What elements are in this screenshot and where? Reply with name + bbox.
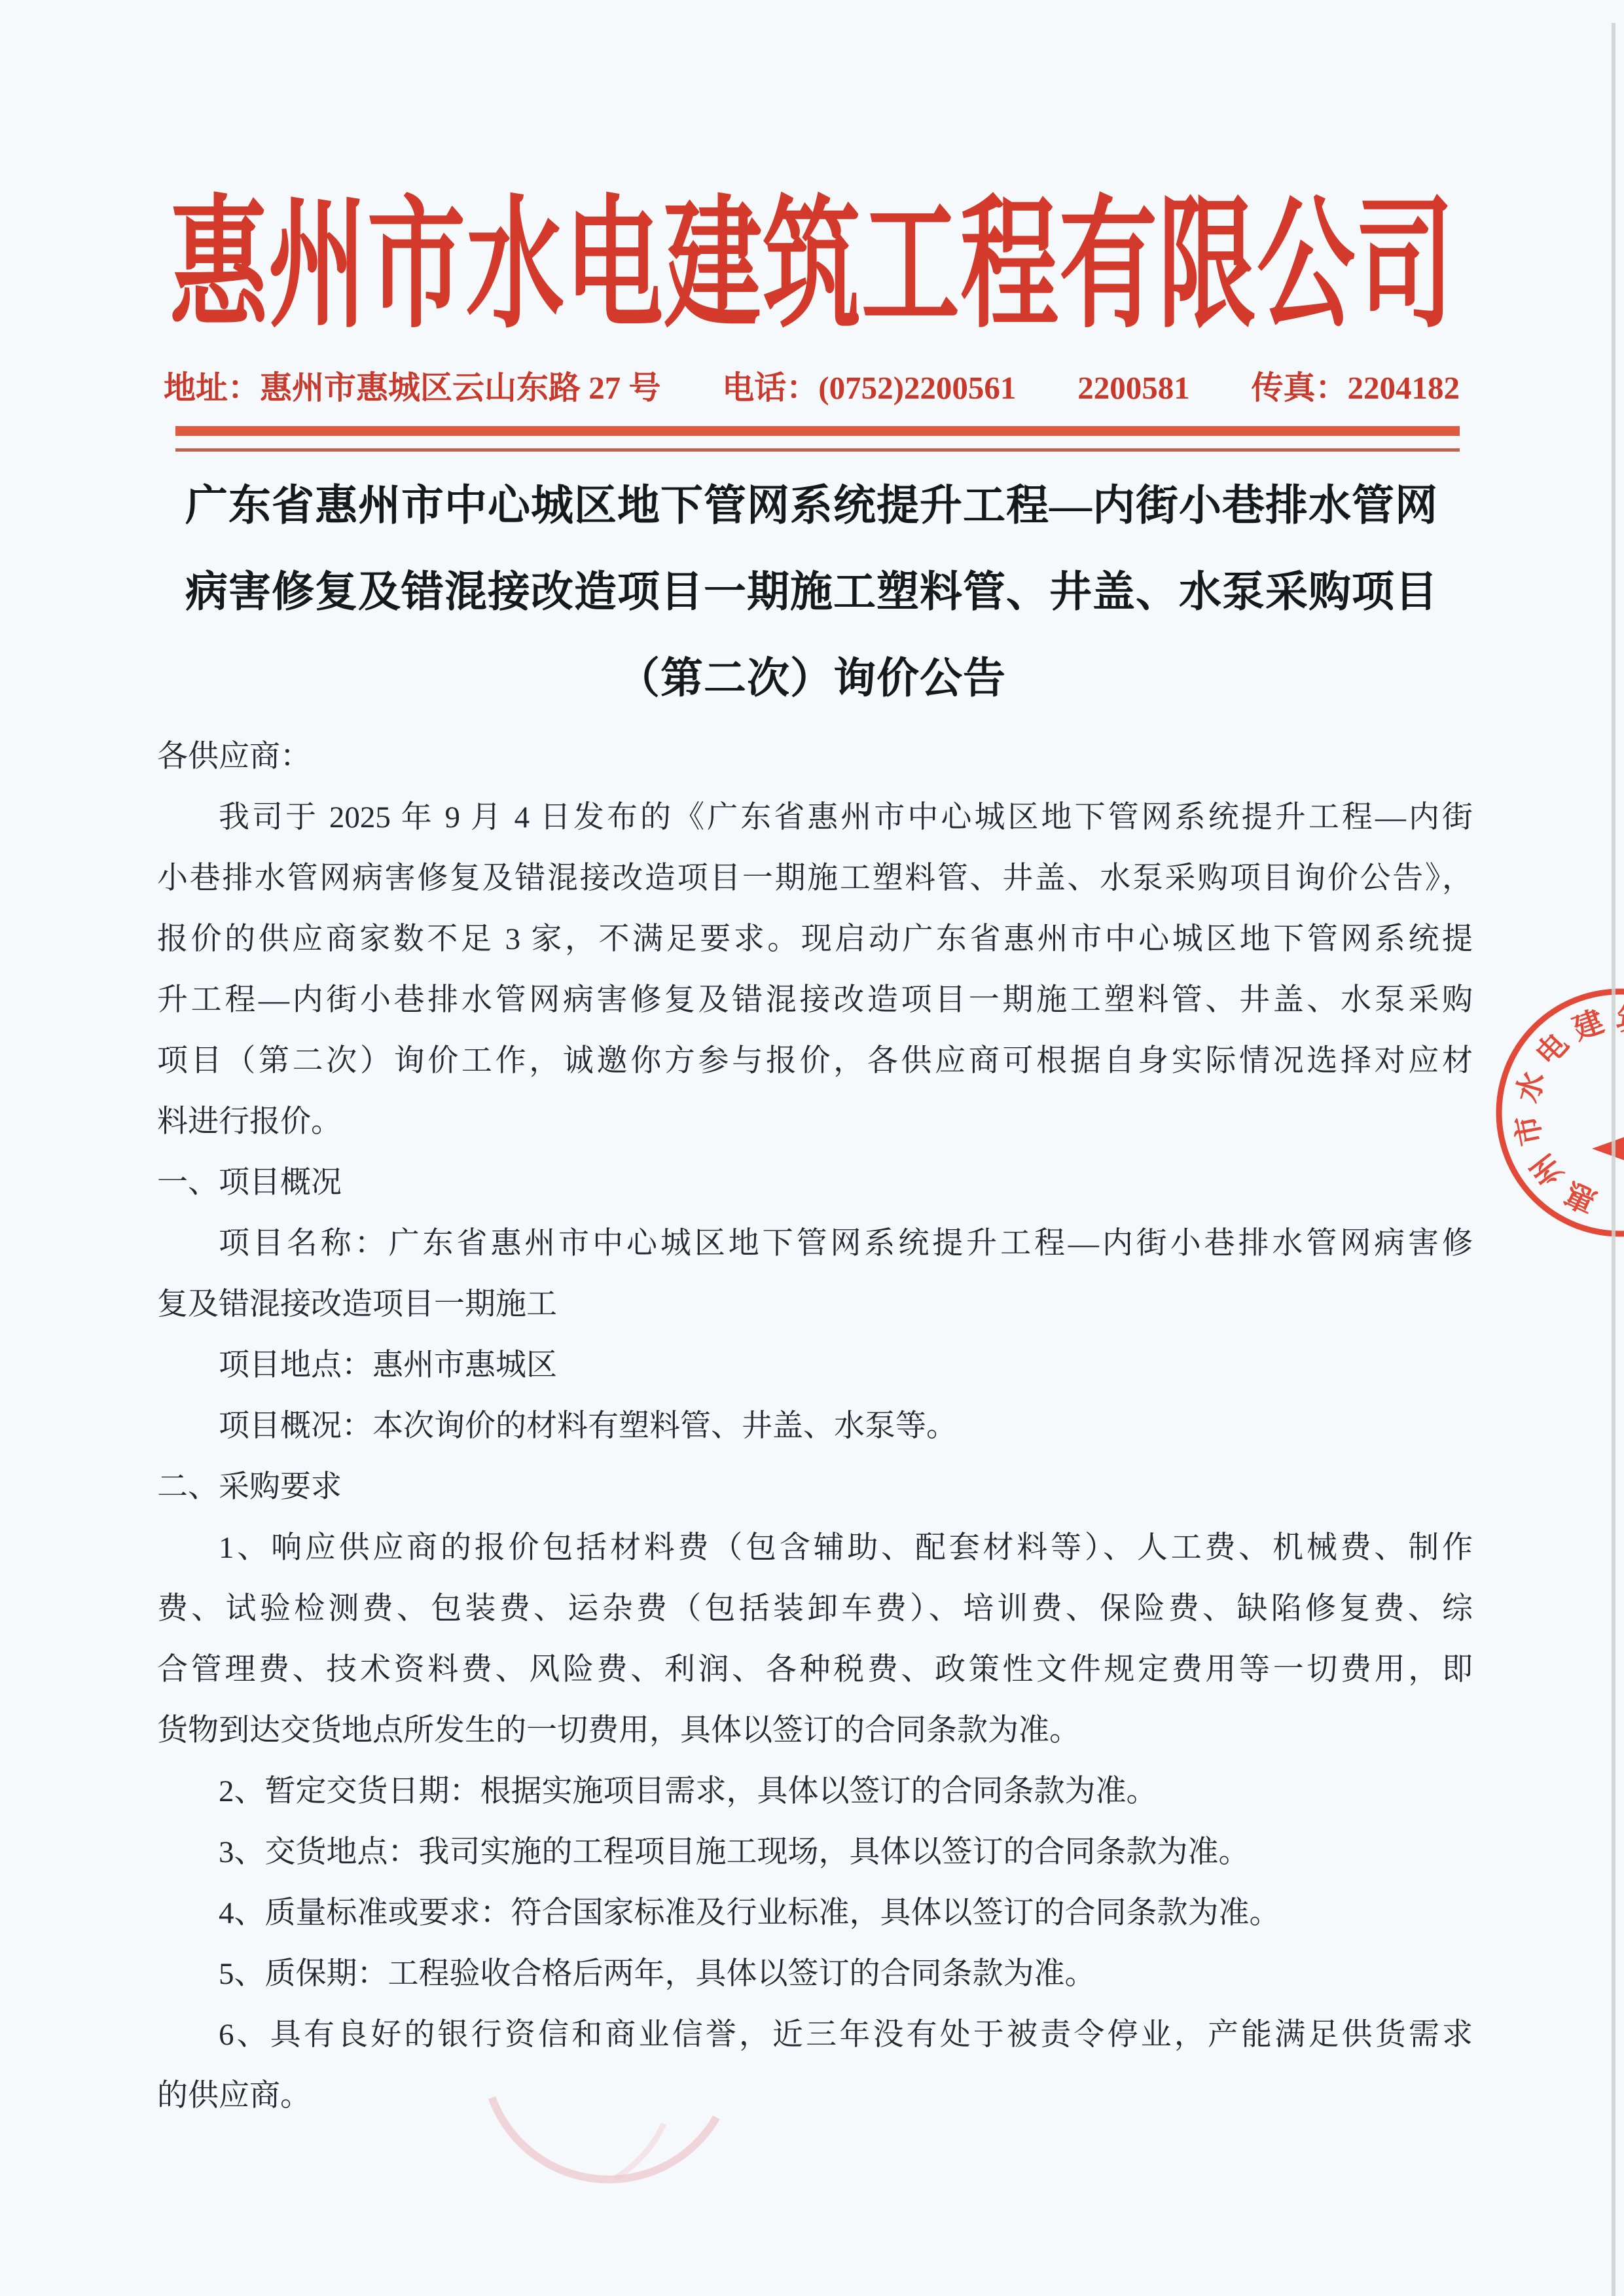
document-title-line: 病害修复及错混接改造项目一期施工塑料管、井盖、水泵采购项目 <box>98 549 1525 636</box>
seal-ring-char: 市 <box>1509 1113 1548 1149</box>
seal-ring-char: 筑 <box>1614 1002 1624 1039</box>
company-seal: 惠州市水电建筑工程有限公司 <box>1489 975 1624 1250</box>
body-line: 我司于 2025 年 9 月 4 日发布的《广东省惠州市中心城区地下管网系统提升… <box>157 787 1473 848</box>
seal-ring-char: 州 <box>1525 1148 1570 1193</box>
body-line: 项目地点：惠州市惠城区 <box>157 1335 1473 1396</box>
letterhead-divider-thin <box>175 448 1460 452</box>
body-line: 费、试验检测费、包装费、运杂费（包括装卸车费）、培训费、保险费、缺陷修复费、综 <box>157 1579 1473 1640</box>
body-line: 1、响应供应商的报价包括材料费（包含辅助、配套材料等）、人工费、机械费、制作 <box>157 1518 1473 1579</box>
body-line: 报价的供应商家数不足 3 家，不满足要求。现启动广东省惠州市中心城区地下管网系统… <box>157 909 1473 970</box>
body-line: 复及错混接改造项目一期施工 <box>157 1274 1473 1335</box>
fax-text: 传真：2204182 <box>1251 367 1460 410</box>
body-line: 3、交货地点：我司实施的工程项目施工现场，具体以签订的合同条款为准。 <box>157 1822 1473 1883</box>
address-text: 地址：惠州市惠城区云山东路 27 号 <box>164 367 661 410</box>
body-line: 5、质保期：工程验收合格后两年，具体以签订的合同条款为准。 <box>157 1944 1473 2005</box>
body-line: 项目名称：广东省惠州市中心城区地下管网系统提升工程—内街小巷排水管网病害修 <box>157 1213 1473 1274</box>
document-title: 广东省惠州市中心城区地下管网系统提升工程—内街小巷排水管网病害修复及错混接改造项… <box>98 463 1525 722</box>
scanned-document-page: 惠州市水电建筑工程有限公司 地址：惠州市惠城区云山东路 27 号 电话：(075… <box>0 0 1624 2296</box>
body-line: 一、项目概况 <box>157 1153 1473 1213</box>
phone-text: 电话：(0752)2200561 <box>722 367 1016 410</box>
seal-ring-char: 司 <box>1620 1185 1624 1223</box>
company-name: 惠州市水电建筑工程有限公司 <box>0 190 1624 342</box>
body-line: 货物到达交货地点所发生的一切费用，具体以签订的合同条款为准。 <box>157 1700 1473 1761</box>
body-line: 4、质量标准或要求：符合国家标准及行业标准，具体以签订的合同条款为准。 <box>157 1883 1473 1944</box>
seal-ring-char: 建 <box>1568 1005 1608 1047</box>
body-line: 料进行报价。 <box>157 1092 1473 1153</box>
body-line: 项目概况：本次询价的材料有塑料管、井盖、水泵等。 <box>157 1396 1473 1457</box>
seal-ring-char: 电 <box>1530 1027 1575 1071</box>
body-line: 6、具有良好的银行资信和商业信誉，近三年没有处于被责令停业，产能满足供货需求 <box>157 2005 1473 2066</box>
seal-ring-char: 惠 <box>1559 1175 1602 1219</box>
document-body: 各供应商：我司于 2025 年 9 月 4 日发布的《广东省惠州市中心城区地下管… <box>157 726 1473 2126</box>
phone2-text: 2200581 <box>1077 367 1190 410</box>
document-title-line: （第二次）询价公告 <box>98 636 1525 722</box>
body-line: 的供应商。 <box>157 2066 1473 2126</box>
body-line: 合管理费、技术资料费、风险费、利润、各种税费、政策性文件规定费用等一切费用，即 <box>157 1640 1473 1700</box>
body-line: 各供应商： <box>157 726 1473 787</box>
seal-star-icon <box>1592 1100 1624 1197</box>
scan-edge-line <box>1612 23 1615 2296</box>
body-line: 二、采购要求 <box>157 1457 1473 1518</box>
letterhead-contact-row: 地址：惠州市惠城区云山东路 27 号 电话：(0752)2200561 2200… <box>164 367 1460 410</box>
letterhead-divider-thick <box>175 426 1460 436</box>
body-line: 小巷排水管网病害修复及错混接改造项目一期施工塑料管、井盖、水泵采购项目询价公告》… <box>157 848 1473 909</box>
body-line: 2、暂定交货日期：根据实施项目需求，具体以签订的合同条款为准。 <box>157 1761 1473 1822</box>
body-line: 升工程—内街小巷排水管网病害修复及错混接改造项目一期施工塑料管、井盖、水泵采购 <box>157 970 1473 1031</box>
document-title-line: 广东省惠州市中心城区地下管网系统提升工程—内街小巷排水管网 <box>98 463 1525 549</box>
body-line: 项目（第二次）询价工作，诚邀你方参与报价，各供应商可根据自身实际情况选择对应材 <box>157 1031 1473 1092</box>
seal-ring-char: 水 <box>1511 1068 1551 1106</box>
